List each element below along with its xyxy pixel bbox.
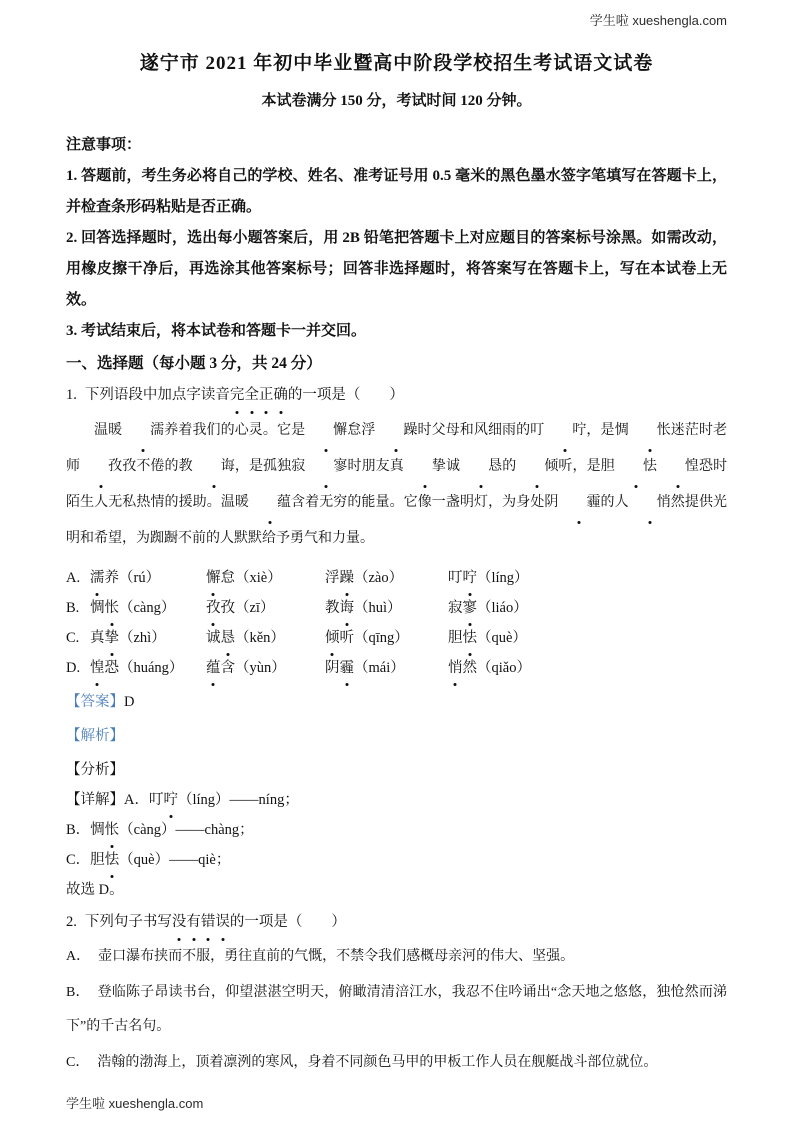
option-b-word-2: 孜孜（zī） [206, 593, 325, 623]
exam-subtitle: 本试卷满分 150 分，考试时间 120 分钟。 [66, 89, 727, 110]
option-a-word-3: 浮躁（zào） [325, 563, 448, 593]
page-title: 遂宁市 2021 年初中毕业暨高中阶段学校招生考试语文试卷 [66, 48, 727, 75]
q2-option-c-text: 浩翰的渤海上，顶着凛洌的寒风，身着不同颜色马甲的甲板工作人员在舰艇战斗部位就位。 [97, 1055, 657, 1070]
option-row-b: B. 惆怅（càng） 孜孜（zī） 教诲（huì） 寂寥（liáo） [66, 593, 727, 623]
option-d-word-1: 惶恐（huáng） [90, 653, 206, 683]
q2-option-a-text: 壶口瀑布挟而不服，勇往直前的气慨，不禁令我们感概母亲河的伟大、坚强。 [98, 949, 574, 964]
question-1-stem-text: 下列语段中加点字读音完全正确的一项是（ ） [85, 387, 404, 403]
option-d-word-4: 悄然（qiǎo） [448, 653, 727, 683]
answer-label: 【答案】 [66, 694, 124, 710]
answer-value: D [124, 694, 134, 710]
option-c-word-3: 倾听（qīng） [325, 623, 448, 653]
option-b-label: B. [66, 593, 90, 623]
option-b-word-4: 寂寥（liáo） [448, 593, 727, 623]
option-c-label: C. [66, 623, 90, 653]
option-row-c: C. 真挚（zhì） 诚恳（kěn） 倾听（qīng） 胆怯（què） [66, 623, 727, 653]
question-1: 1.下列语段中加点字读音完全正确的一项是（ ） 温暖濡养着我们的心灵。它是懈怠浮… [66, 380, 727, 905]
option-d-label: D. [66, 653, 90, 683]
question-2-option-b: B．登临陈子昂读书台，仰望湛湛空明天，俯瞰清清涪江水，我忍不住吟诵出“念天地之悠… [66, 976, 727, 1044]
detail-a-text: A．叮咛（líng）——níng； [124, 792, 299, 808]
option-c-word-4: 胆怯（què） [448, 623, 727, 653]
question-2: 2.下列句子书写没有错误的一项是（ ） A．壶口瀑布挟而不服，勇往直前的气慨，不… [66, 907, 727, 1080]
question-2-option-a: A．壶口瀑布挟而不服，勇往直前的气慨，不禁令我们感概母亲河的伟大、坚强。 [66, 940, 727, 974]
option-row-d: D. 惶恐（huáng） 蕴含（yùn） 阴霾（mái） 悄然（qiǎo） [66, 653, 727, 683]
analysis-label: 【解析】 [66, 728, 124, 744]
option-b-word-3: 教诲（huì） [325, 593, 448, 623]
q2-option-a-label: A． [66, 949, 90, 964]
fenxi-label-line: 【分析】 [66, 755, 727, 785]
fenxi-label: 【分析】 [66, 762, 124, 778]
q2-option-b-text: 登临陈子昂读书台，仰望湛湛空明天，俯瞰清清涪江水，我忍不住吟诵出“念天地之悠悠，… [66, 985, 727, 1034]
option-b-word-1: 惆怅（càng） [90, 593, 206, 623]
exam-document-page: 学生啦 xueshengla.com 遂宁市 2021 年初中毕业暨高中阶段学校… [0, 0, 793, 1122]
detail-line-c: C．胆怯（què）——qiè； [66, 845, 727, 875]
option-a-word-1: 濡养（rú） [90, 563, 206, 593]
question-1-number: 1. [66, 387, 77, 403]
conclusion-line: 故选 D。 [66, 875, 727, 905]
option-a-label: A. [66, 563, 90, 593]
question-1-stem: 1.下列语段中加点字读音完全正确的一项是（ ） [66, 380, 727, 411]
notice-heading: 注意事项： [66, 130, 727, 161]
detail-label: 【详解】 [66, 792, 124, 808]
q2-option-c-label: C． [66, 1055, 89, 1070]
question-1-options: A. 濡养（rú） 懈怠（xiè） 浮躁（zào） 叮咛（líng） B. 惆怅… [66, 563, 727, 683]
notice-item-3: 3. 考试结束后，将本试卷和答题卡一并交回。 [66, 316, 727, 347]
detail-line-b: B．惆怅（càng）——chàng； [66, 815, 727, 845]
option-c-word-2: 诚恳（kěn） [206, 623, 325, 653]
option-d-word-3: 阴霾（mái） [325, 653, 448, 683]
q2-option-b-label: B． [66, 985, 90, 1000]
answer-line: 【答案】D [66, 687, 727, 717]
question-2-option-c: C．浩翰的渤海上，顶着凛洌的寒风，身着不同颜色马甲的甲板工作人员在舰艇战斗部位就… [66, 1046, 727, 1080]
notice-item-1: 1. 答题前，考生务必将自己的学校、姓名、准考证号用 0.5 毫米的黑色墨水签字… [66, 161, 727, 223]
detail-line-a: 【详解】A．叮咛（líng）——níng； [66, 785, 727, 815]
option-c-word-1: 真挚（zhì） [90, 623, 206, 653]
option-a-word-4: 叮咛（líng） [448, 563, 727, 593]
notice-item-2: 2. 回答选择题时，选出每小题答案后，用 2B 铅笔把答题卡上对应题目的答案标号… [66, 223, 727, 316]
option-d-word-2: 蕴含（yùn） [206, 653, 325, 683]
question-2-stem: 2.下列句子书写没有错误的一项是（ ） [66, 907, 727, 938]
question-2-stem-text: 下列句子书写没有错误的一项是（ ） [85, 914, 346, 930]
question-2-number: 2. [66, 914, 77, 930]
option-a-word-2: 懈怠（xiè） [206, 563, 325, 593]
analysis-label-line: 【解析】 [66, 721, 727, 751]
page-content: 遂宁市 2021 年初中毕业暨高中阶段学校招生考试语文试卷 本试卷满分 150 … [0, 48, 793, 1080]
section-heading: 一、选择题（每小题 3 分，共 24 分） [66, 347, 727, 380]
watermark-top: 学生啦 xueshengla.com [590, 10, 727, 29]
watermark-bottom: 学生啦 xueshengla.com [66, 1093, 203, 1112]
question-1-passage: 温暖濡养着我们的心灵。它是懈怠浮躁时父母和风细雨的叮咛，是惆怅迷茫时老师孜孜不倦… [66, 413, 727, 557]
option-row-a: A. 濡养（rú） 懈怠（xiè） 浮躁（zào） 叮咛（líng） [66, 563, 727, 593]
